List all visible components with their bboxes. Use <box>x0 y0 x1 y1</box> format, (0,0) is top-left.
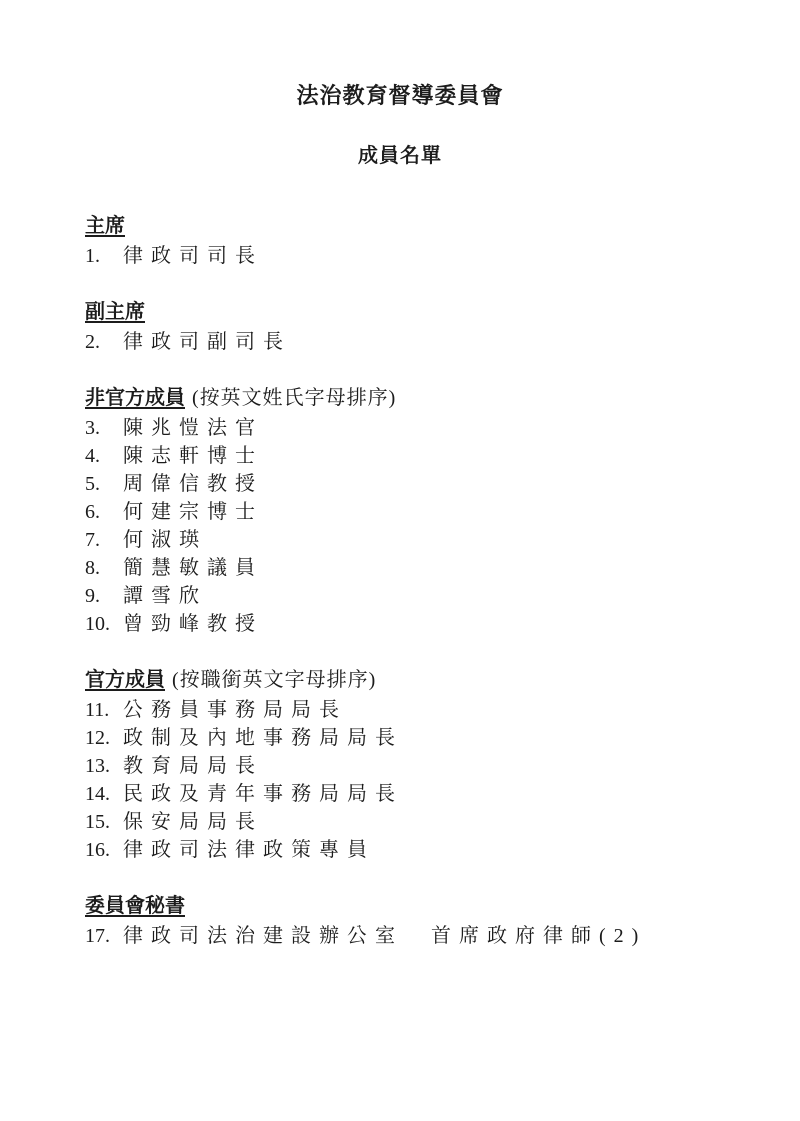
item-text: 律政司法治建設辦公室 首席政府律師(2) <box>123 922 646 950</box>
section-heading-line: 委員會秘書 <box>85 892 760 922</box>
list-item: 10.曾勁峰教授 <box>85 610 760 638</box>
item-number: 17. <box>85 922 123 950</box>
item-text: 陳兆愷法官 <box>123 414 263 442</box>
document-title: 法治教育督導委員會 <box>0 0 800 108</box>
item-text: 民政及青年事務局局長 <box>123 780 403 808</box>
item-text: 教育局局長 <box>123 752 263 780</box>
list-item: 13.教育局局長 <box>85 752 760 780</box>
item-text: 公務員事務局局長 <box>123 696 347 724</box>
item-number: 14. <box>85 780 123 808</box>
list-item: 17.律政司法治建設辦公室 首席政府律師(2) <box>85 922 760 950</box>
item-number: 13. <box>85 752 123 780</box>
list-item: 3.陳兆愷法官 <box>85 414 760 442</box>
section-heading-line: 主席 <box>85 212 760 242</box>
item-number: 11. <box>85 696 123 724</box>
list-item: 11.公務員事務局局長 <box>85 696 760 724</box>
list-item: 12.政制及內地事務局局長 <box>85 724 760 752</box>
item-number: 6. <box>85 498 123 526</box>
list-item: 15.保安局局長 <box>85 808 760 836</box>
member-section: 主席 1.律政司司長 <box>85 212 760 270</box>
list-item: 4.陳志軒博士 <box>85 442 760 470</box>
section-heading: 委員會秘書 <box>85 895 185 917</box>
item-number: 2. <box>85 328 123 356</box>
section-heading: 官方成員 <box>85 669 165 691</box>
item-text: 保安局局長 <box>123 808 263 836</box>
section-heading-line: 非官方成員(按英文姓氏字母排序) <box>85 384 760 414</box>
item-text: 陳志軒博士 <box>123 442 263 470</box>
member-list: 3.陳兆愷法官 4.陳志軒博士 5.周偉信教授 6.何建宗博士 7.何淑瑛 8.… <box>85 414 760 638</box>
member-list: 17.律政司法治建設辦公室 首席政府律師(2) <box>85 922 760 950</box>
item-text: 周偉信教授 <box>123 470 263 498</box>
section-note: (按英文姓氏字母排序) <box>192 387 396 409</box>
item-number: 12. <box>85 724 123 752</box>
item-text: 律政司法律政策專員 <box>123 836 375 864</box>
item-number: 3. <box>85 414 123 442</box>
member-sections: 主席 1.律政司司長 副主席 2.律政司副司長 非官方成員(按英文姓氏字母排序)… <box>85 212 760 950</box>
section-note: (按職銜英文字母排序) <box>172 669 376 691</box>
member-section: 非官方成員(按英文姓氏字母排序) 3.陳兆愷法官 4.陳志軒博士 5.周偉信教授… <box>85 384 760 638</box>
list-item: 6.何建宗博士 <box>85 498 760 526</box>
member-section: 官方成員(按職銜英文字母排序) 11.公務員事務局局長 12.政制及內地事務局局… <box>85 666 760 864</box>
section-heading: 主席 <box>85 215 125 237</box>
item-text: 譚雪欣 <box>123 582 207 610</box>
item-number: 9. <box>85 582 123 610</box>
list-item: 8.簡慧敏議員 <box>85 554 760 582</box>
item-text: 簡慧敏議員 <box>123 554 263 582</box>
list-item: 2.律政司副司長 <box>85 328 760 356</box>
list-item: 14.民政及青年事務局局長 <box>85 780 760 808</box>
member-list: 1.律政司司長 <box>85 242 760 270</box>
member-list: 11.公務員事務局局長 12.政制及內地事務局局長 13.教育局局長 14.民政… <box>85 696 760 864</box>
item-number: 7. <box>85 526 123 554</box>
document-page: 法治教育督導委員會 成員名單 主席 1.律政司司長 副主席 2.律政司副司長 非… <box>0 0 800 1121</box>
item-number: 4. <box>85 442 123 470</box>
item-text: 曾勁峰教授 <box>123 610 263 638</box>
section-heading: 非官方成員 <box>85 387 185 409</box>
list-item: 16.律政司法律政策專員 <box>85 836 760 864</box>
section-heading: 副主席 <box>85 301 145 323</box>
member-list: 2.律政司副司長 <box>85 328 760 356</box>
item-number: 15. <box>85 808 123 836</box>
list-item: 7.何淑瑛 <box>85 526 760 554</box>
member-section: 委員會秘書 17.律政司法治建設辦公室 首席政府律師(2) <box>85 892 760 950</box>
item-number: 10. <box>85 610 123 638</box>
item-text: 政制及內地事務局局長 <box>123 724 403 752</box>
item-number: 1. <box>85 242 123 270</box>
section-heading-line: 官方成員(按職銜英文字母排序) <box>85 666 760 696</box>
item-text: 律政司副司長 <box>123 328 291 356</box>
item-text: 何建宗博士 <box>123 498 263 526</box>
item-number: 5. <box>85 470 123 498</box>
document-subtitle: 成員名單 <box>0 144 800 168</box>
section-heading-line: 副主席 <box>85 298 760 328</box>
item-number: 16. <box>85 836 123 864</box>
list-item: 1.律政司司長 <box>85 242 760 270</box>
list-item: 9.譚雪欣 <box>85 582 760 610</box>
list-item: 5.周偉信教授 <box>85 470 760 498</box>
member-section: 副主席 2.律政司副司長 <box>85 298 760 356</box>
item-number: 8. <box>85 554 123 582</box>
item-text: 律政司司長 <box>123 242 263 270</box>
item-text: 何淑瑛 <box>123 526 207 554</box>
